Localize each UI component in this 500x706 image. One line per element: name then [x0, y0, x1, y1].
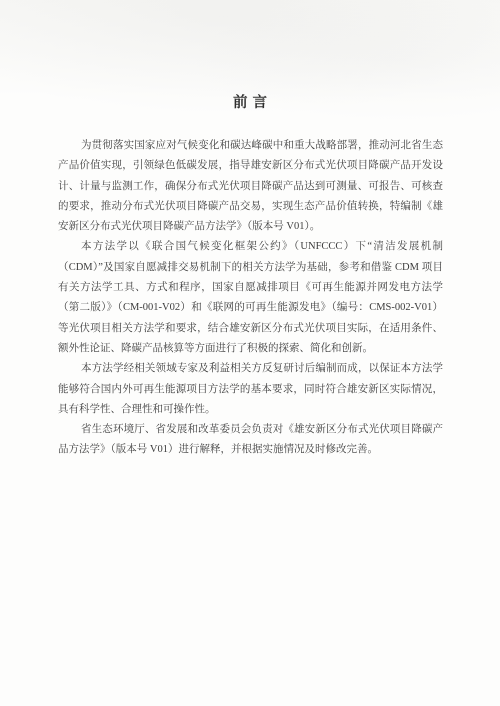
- document-page: 前言 为贯彻落实国家应对气候变化和碳达峰碳中和重大战略部署，推动河北省生态产品价…: [0, 0, 500, 706]
- page-title: 前言: [0, 91, 500, 112]
- paragraph: 本方法学经相关领域专家及利益相关方反复研讨后编制而成，以保证本方法学能够符合国内…: [58, 359, 443, 420]
- paragraph: 为贯彻落实国家应对气候变化和碳达峰碳中和重大战略部署，推动河北省生态产品价值实现…: [58, 136, 443, 237]
- paragraph: 省生态环境厅、省发展和改革委员会负责对《雄安新区分布式光伏项目降碳产品方法学》（…: [58, 420, 443, 461]
- paragraph: 本方法学以《联合国气候变化框架公约》（UNFCCC）下“清洁发展机制（CDM）”…: [58, 237, 443, 359]
- document-body: 为贯彻落实国家应对气候变化和碳达峰碳中和重大战略部署，推动河北省生态产品价值实现…: [58, 136, 443, 461]
